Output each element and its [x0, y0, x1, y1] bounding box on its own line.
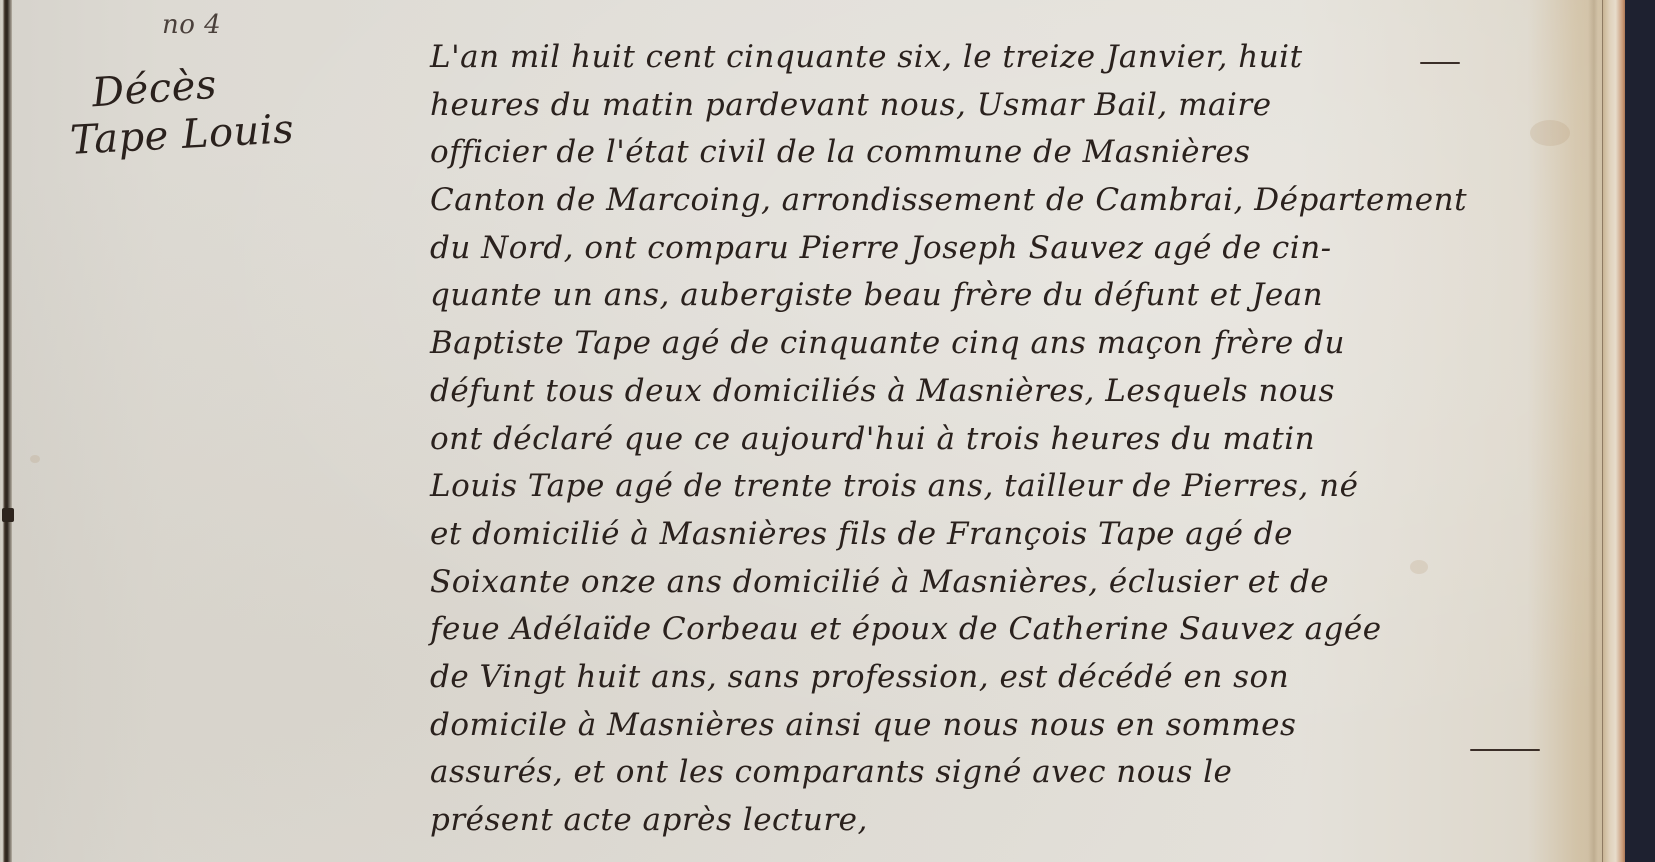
record-line: L'an mil huit cent cinquante six, le tre… [430, 34, 1540, 82]
record-line: Canton de Marcoing, arrondissement de Ca… [430, 177, 1540, 225]
registry-page: no 4 Décès Tape Louis L'an mil huit cent… [0, 0, 1625, 862]
record-line: feue Adélaïde Corbeau et époux de Cather… [430, 606, 1540, 654]
record-line: défunt tous deux domiciliés à Masnières,… [430, 368, 1540, 416]
book-binding-edge [0, 0, 12, 862]
record-line: Baptiste Tape agé de cinquante cinq ans … [430, 320, 1540, 368]
record-number: no 4 [162, 10, 221, 40]
record-body: L'an mil huit cent cinquante six, le tre… [430, 34, 1540, 845]
record-line: Louis Tape agé de trente trois ans, tail… [430, 463, 1540, 511]
paper-stain [30, 455, 40, 463]
pen-dash [1420, 62, 1460, 64]
record-line: domicile à Masnières ainsi que nous nous… [430, 702, 1540, 750]
record-line: ont déclaré que ce aujourd'hui à trois h… [430, 416, 1540, 464]
pen-dash [1470, 749, 1540, 751]
record-line: assurés, et ont les comparants signé ave… [430, 749, 1540, 797]
record-line: et domicilié à Masnières fils de Françoi… [430, 511, 1540, 559]
record-line: heures du matin pardevant nous, Usmar Ba… [430, 82, 1540, 130]
binding-thread [2, 508, 14, 522]
record-type-label: Décès [91, 62, 219, 117]
page-fold-shadow [1588, 0, 1598, 862]
book-cover [1625, 0, 1655, 862]
margin-annotation: no 4 Décès Tape Louis [70, 4, 360, 204]
page-right-edge [1602, 0, 1626, 862]
record-line: présent acte après lecture, [430, 797, 1540, 845]
record-line: Soixante onze ans domicilié à Masnières,… [430, 559, 1540, 607]
record-line: de Vingt huit ans, sans profession, est … [430, 654, 1540, 702]
record-line: du Nord, ont comparu Pierre Joseph Sauve… [430, 225, 1540, 273]
record-line: officier de l'état civil de la commune d… [430, 129, 1540, 177]
record-line: quante un ans, aubergiste beau frère du … [430, 272, 1540, 320]
